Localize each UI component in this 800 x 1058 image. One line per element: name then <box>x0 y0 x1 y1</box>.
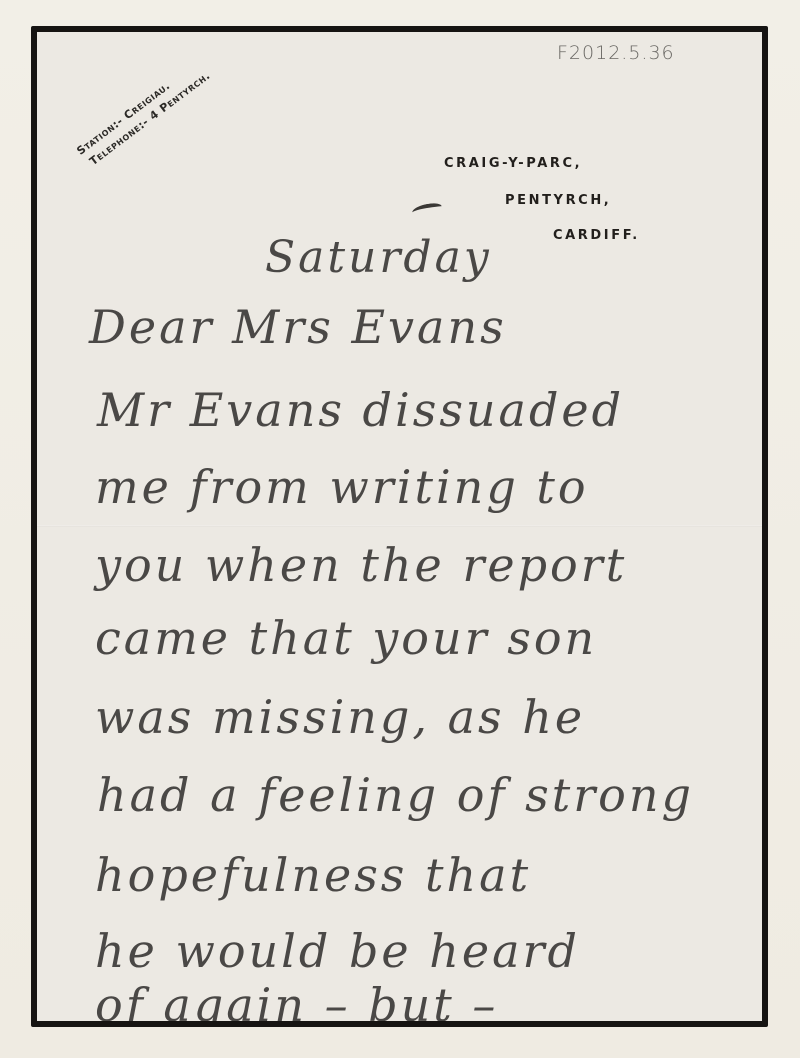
letter-line: of again – but – <box>95 982 498 1027</box>
fold-crease <box>37 525 762 527</box>
letterhead-address-line-1: CRAIG-Y-PARC, <box>444 156 582 171</box>
ink-dash-mark <box>411 202 442 217</box>
letter-line: you when the report <box>95 542 627 588</box>
letter-line: was missing, as he <box>95 694 585 740</box>
telephone-line: Telephone:- 4 Pentyrch. <box>87 68 214 170</box>
letter-line: Mr Evans dissuaded <box>97 387 624 433</box>
letter-salutation: Dear Mrs Evans <box>89 304 507 350</box>
letter-line: had a feeling of strong <box>97 772 694 818</box>
letter-line: came that your son <box>95 615 597 661</box>
letterhead-address-line-3: CARDIFF. <box>553 228 640 243</box>
letter-line: hopefulness that <box>95 852 531 898</box>
accession-number: F2012.5.36 <box>557 42 675 64</box>
letterhead-address-line-2: PENTYRCH, <box>505 193 611 208</box>
letter-line: me from writing to <box>95 464 589 510</box>
station-line: Station:- Creigiau. <box>74 55 205 159</box>
letterhead-contact-block: Station:- Creigiau. Telephone:- 4 Pentyr… <box>74 55 214 172</box>
letter-sheet: F2012.5.36 Station:- Creigiau. Telephone… <box>31 26 768 1027</box>
letter-line: he would be heard <box>95 928 580 974</box>
letter-date: Saturday <box>265 236 492 280</box>
